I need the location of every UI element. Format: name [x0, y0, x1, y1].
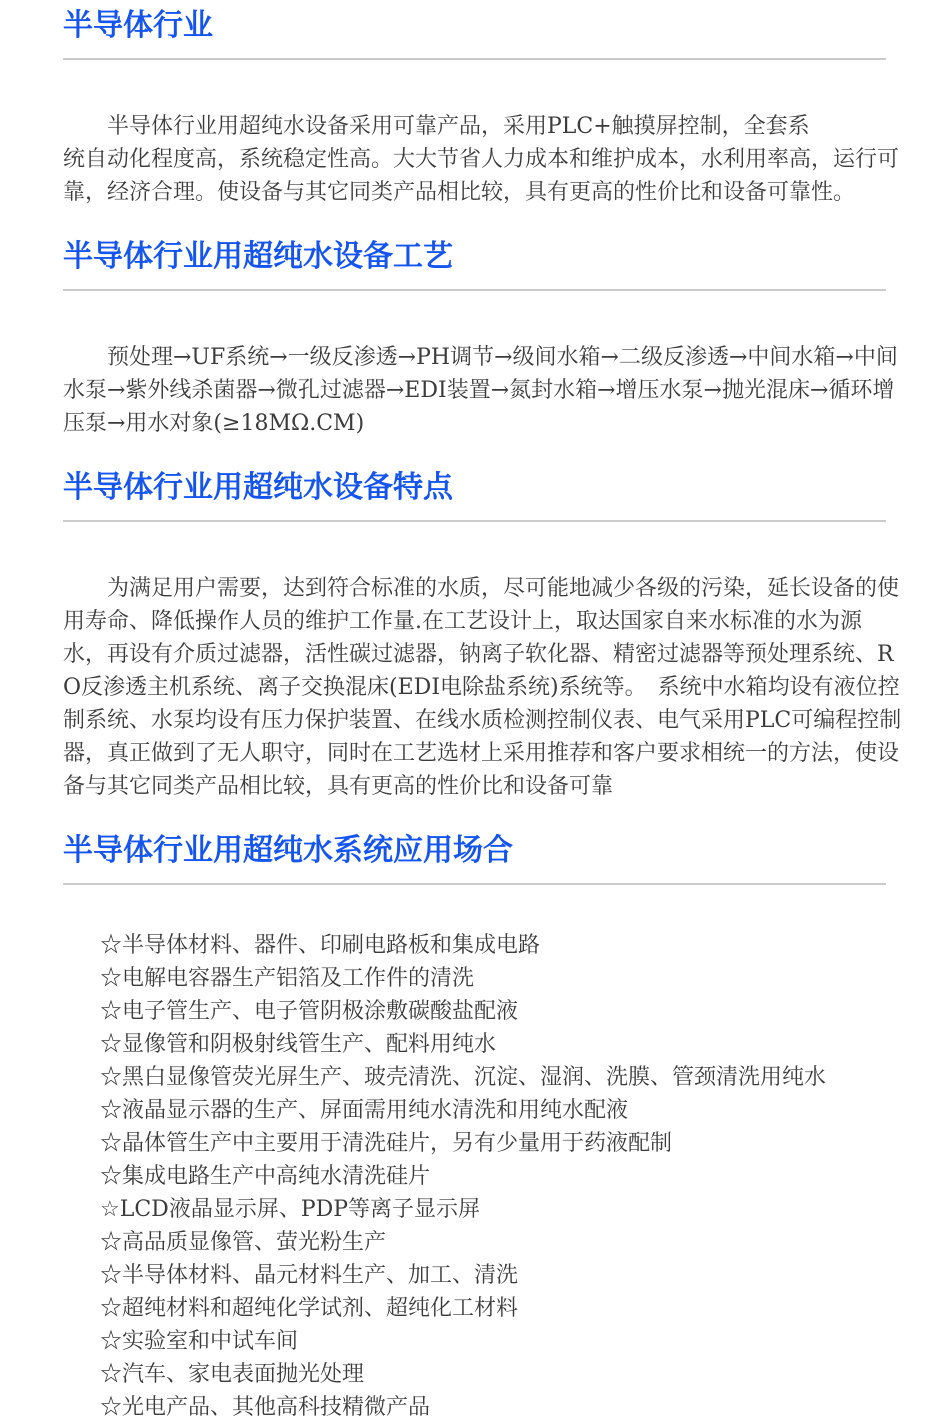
list-item-text: 半导体材料、晶元材料生产、加工、清洗 — [122, 1263, 518, 1288]
list-item-text: 汽车、家电表面抛光处理 — [122, 1362, 364, 1387]
star-icon: ☆ — [100, 1362, 122, 1387]
star-icon: ☆ — [100, 1395, 122, 1420]
list-item: ☆集成电路生产中高纯水清洗硅片 — [100, 1160, 905, 1193]
list-item-text: 黑白显像管荧光屏生产、玻壳清洗、沉淀、湿润、洗膜、管颈清洗用纯水 — [122, 1065, 826, 1090]
section-title: 半导体行业用超纯水设备特点 — [63, 466, 905, 510]
list-item-text: 光电产品、其他高科技精微产品 — [122, 1395, 430, 1420]
list-item-text: LCD液晶显示屏、PDP等离子显示屏 — [120, 1197, 480, 1222]
list-item: ☆高品质显像管、萤光粉生产 — [100, 1226, 905, 1259]
section-application-scenarios: 半导体行业用超纯水系统应用场合 ☆半导体材料、器件、印刷电路板和集成电路 ☆电解… — [63, 829, 905, 1424]
list-item: ☆电解电容器生产铝箔及工作件的清洗 — [100, 962, 905, 995]
star-icon: ☆ — [100, 1164, 122, 1189]
star-icon: ☆ — [100, 1296, 122, 1321]
list-item: ☆超纯材料和超纯化学试剂、超纯化工材料 — [100, 1292, 905, 1325]
star-icon: ☆ — [100, 999, 122, 1024]
star-icon: ☆ — [100, 1197, 120, 1222]
star-icon: ☆ — [100, 1065, 122, 1090]
process-flow-paragraph: 预处理→UF系统→一级反渗透→PH调节→级间水箱→二级反渗透→中间水箱→中间水泵… — [63, 341, 905, 440]
star-icon: ☆ — [100, 1032, 122, 1057]
features-paragraph: 为满足用户需要，达到符合标准的水质，尽可能地减少各级的污染，延长设备的使用寿命、… — [63, 572, 905, 803]
star-icon: ☆ — [100, 1230, 122, 1255]
list-item-text: 高品质显像管、萤光粉生产 — [122, 1230, 386, 1255]
list-item: ☆半导体材料、晶元材料生产、加工、清洗 — [100, 1259, 905, 1292]
section-semiconductor-industry: 半导体行业 半导体行业用超纯水设备采用可靠产品，采用PLC+触摸屏控制，全套系 … — [63, 4, 905, 209]
star-icon: ☆ — [100, 966, 122, 991]
section-equipment-features: 半导体行业用超纯水设备特点 为满足用户需要，达到符合标准的水质，尽可能地减少各级… — [63, 466, 905, 803]
application-list: ☆半导体材料、器件、印刷电路板和集成电路 ☆电解电容器生产铝箔及工作件的清洗 ☆… — [63, 929, 905, 1424]
star-icon: ☆ — [100, 1098, 122, 1123]
list-item-text: 集成电路生产中高纯水清洗硅片 — [122, 1164, 430, 1189]
list-item: ☆液晶显示器的生产、屏面需用纯水清洗和用纯水配液 — [100, 1094, 905, 1127]
list-item: ☆半导体材料、器件、印刷电路板和集成电路 — [100, 929, 905, 962]
list-item: ☆黑白显像管荧光屏生产、玻壳清洗、沉淀、湿润、洗膜、管颈清洗用纯水 — [100, 1061, 905, 1094]
list-item: ☆光电产品、其他高科技精微产品 — [100, 1391, 905, 1424]
list-item: ☆LCD液晶显示屏、PDP等离子显示屏 — [100, 1193, 905, 1226]
star-icon: ☆ — [100, 933, 122, 958]
list-item-text: 晶体管生产中主要用于清洗硅片，另有少量用于药液配制 — [122, 1131, 672, 1156]
section-equipment-process: 半导体行业用超纯水设备工艺 预处理→UF系统→一级反渗透→PH调节→级间水箱→二… — [63, 235, 905, 440]
list-item: ☆电子管生产、电子管阴极涂敷碳酸盐配液 — [100, 995, 905, 1028]
star-icon: ☆ — [100, 1329, 122, 1354]
list-item-text: 液晶显示器的生产、屏面需用纯水清洗和用纯水配液 — [122, 1098, 628, 1123]
article-page: 半导体行业 半导体行业用超纯水设备采用可靠产品，采用PLC+触摸屏控制，全套系 … — [0, 0, 940, 1428]
star-icon: ☆ — [100, 1131, 122, 1156]
section-divider — [63, 883, 886, 885]
list-item-text: 电解电容器生产铝箔及工作件的清洗 — [122, 966, 474, 991]
star-icon: ☆ — [100, 1263, 122, 1288]
section-title: 半导体行业用超纯水系统应用场合 — [63, 829, 905, 873]
section-divider — [63, 289, 886, 291]
section-title: 半导体行业用超纯水设备工艺 — [63, 235, 905, 279]
intro-paragraph: 半导体行业用超纯水设备采用可靠产品，采用PLC+触摸屏控制，全套系 统自动化程度… — [63, 110, 905, 209]
list-item: ☆晶体管生产中主要用于清洗硅片，另有少量用于药液配制 — [100, 1127, 905, 1160]
section-title: 半导体行业 — [63, 4, 905, 48]
list-item-text: 半导体材料、器件、印刷电路板和集成电路 — [122, 933, 540, 958]
list-item-text: 超纯材料和超纯化学试剂、超纯化工材料 — [122, 1296, 518, 1321]
list-item: ☆实验室和中试车间 — [100, 1325, 905, 1358]
section-divider — [63, 58, 886, 60]
list-item-text: 电子管生产、电子管阴极涂敷碳酸盐配液 — [122, 999, 518, 1024]
list-item: ☆显像管和阴极射线管生产、配料用纯水 — [100, 1028, 905, 1061]
list-item-text: 实验室和中试车间 — [122, 1329, 298, 1354]
section-divider — [63, 520, 886, 522]
list-item: ☆汽车、家电表面抛光处理 — [100, 1358, 905, 1391]
list-item-text: 显像管和阴极射线管生产、配料用纯水 — [122, 1032, 496, 1057]
